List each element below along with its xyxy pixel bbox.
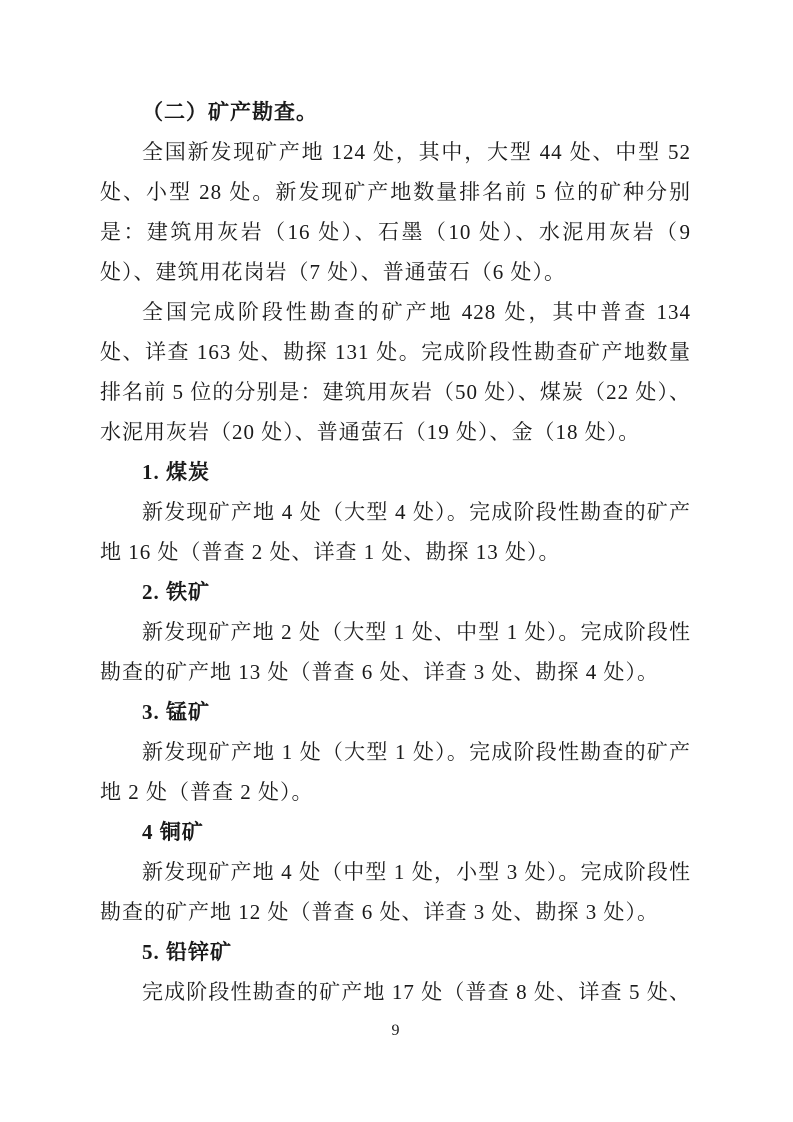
subsection-heading-lead-zinc: 5. 铅锌矿	[100, 932, 691, 972]
paragraph-staged-exploration: 全国完成阶段性勘查的矿产地 428 处，其中普查 134 处、详查 163 处、…	[100, 292, 691, 452]
subsection-heading-iron: 2. 铁矿	[100, 572, 691, 612]
section-heading-mineral-exploration: （二）矿产勘查。	[100, 92, 691, 132]
paragraph-copper: 新发现矿产地 4 处（中型 1 处，小型 3 处）。完成阶段性勘查的矿产地 12…	[100, 852, 691, 932]
page-number: 9	[100, 1016, 691, 1046]
paragraph-new-discoveries: 全国新发现矿产地 124 处，其中，大型 44 处、中型 52 处、小型 28 …	[100, 132, 691, 292]
subsection-heading-coal: 1. 煤炭	[100, 452, 691, 492]
paragraph-coal: 新发现矿产地 4 处（大型 4 处）。完成阶段性勘查的矿产地 16 处（普查 2…	[100, 492, 691, 572]
subsection-heading-copper: 4 铜矿	[100, 812, 691, 852]
document-page: （二）矿产勘查。 全国新发现矿产地 124 处，其中，大型 44 处、中型 52…	[0, 0, 793, 1122]
paragraph-iron: 新发现矿产地 2 处（大型 1 处、中型 1 处）。完成阶段性勘查的矿产地 13…	[100, 612, 691, 692]
paragraph-lead-zinc: 完成阶段性勘查的矿产地 17 处（普查 8 处、详查 5 处、	[100, 972, 691, 1012]
paragraph-manganese: 新发现矿产地 1 处（大型 1 处）。完成阶段性勘查的矿产地 2 处（普查 2 …	[100, 732, 691, 812]
subsection-heading-manganese: 3. 锰矿	[100, 692, 691, 732]
